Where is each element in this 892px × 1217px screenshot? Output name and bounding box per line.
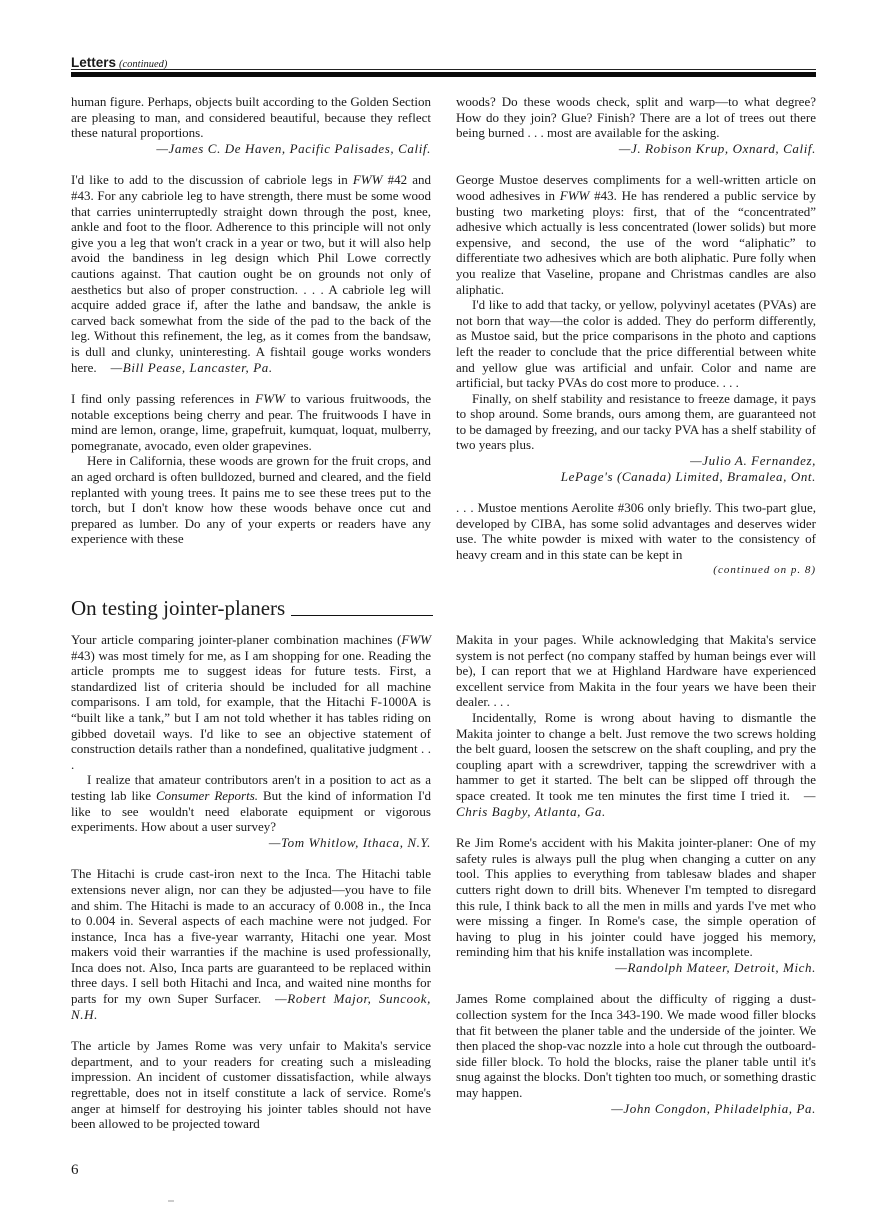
letter-paragraph: Your article comparing jointer-planer co… xyxy=(71,632,431,772)
letter-paragraph: Finally, on shelf stability and resistan… xyxy=(456,391,816,453)
letter-paragraph: Re Jim Rome's accident with his Makita j… xyxy=(456,835,816,960)
publication-name: Consumer Reports. xyxy=(156,788,258,803)
letter-paragraph: The article by James Rome was very unfai… xyxy=(71,1038,431,1132)
letter-signature: —Julio A. Fernandez, xyxy=(456,453,816,469)
letter-krup-part1: I find only passing references in FWW to… xyxy=(71,391,431,547)
letter-signature: —Tom Whitlow, Ithaca, N.Y. xyxy=(71,835,431,851)
letter-signature: —Randolph Mateer, Detroit, Mich. xyxy=(456,960,816,976)
letter-major: The Hitachi is crude cast-iron next to t… xyxy=(71,866,431,1022)
magazine-abbrev: FWW xyxy=(560,188,590,203)
continued-notice: (continued on p. 8) xyxy=(456,563,816,579)
letter-signature: —Bill Pease, Lancaster, Pa. xyxy=(111,360,273,375)
magazine-abbrev: FWW xyxy=(401,632,431,647)
magazine-abbrev: FWW xyxy=(353,172,383,187)
letter-fernandez: George Mustoe deserves compliments for a… xyxy=(456,172,816,484)
text-run: The Hitachi is crude cast-iron next to t… xyxy=(71,866,431,1006)
section-title: On testing jointer-planers xyxy=(71,596,285,620)
letter-pease: I'd like to add to the discussion of cab… xyxy=(71,172,431,375)
column-bottom-right: Makita in your pages. While acknowledgin… xyxy=(456,632,816,1132)
header-rule-thick xyxy=(71,72,816,77)
letter-signature: —J. Robison Krup, Oxnard, Calif. xyxy=(456,141,816,157)
letter-paragraph: I realize that amateur contributors aren… xyxy=(71,772,431,834)
letter-paragraph: human figure. Perhaps, objects built acc… xyxy=(71,94,431,141)
text-run: I find only passing references in xyxy=(71,391,255,406)
letter-paragraph: I'd like to add that tacky, or yellow, p… xyxy=(456,297,816,391)
letter-de-haven: human figure. Perhaps, objects built acc… xyxy=(71,94,431,156)
magazine-abbrev: FWW xyxy=(255,391,285,406)
letter-paragraph: Here in California, these woods are grow… xyxy=(71,453,431,547)
letter-aerolite: . . . Mustoe mentions Aerolite #306 only… xyxy=(456,500,816,578)
letter-paragraph: James Rome complained about the difficul… xyxy=(456,991,816,1100)
letter-bagby-part2: Makita in your pages. While acknowledgin… xyxy=(456,632,816,819)
letter-paragraph: I'd like to add to the discussion of cab… xyxy=(71,172,431,375)
header-rule-thin xyxy=(71,69,816,70)
letter-mateer: Re Jim Rome's accident with his Makita j… xyxy=(456,835,816,975)
letter-paragraph: Makita in your pages. While acknowledgin… xyxy=(456,632,816,710)
header-title: Letters xyxy=(71,55,116,70)
letter-bagby-part1: The article by James Rome was very unfai… xyxy=(71,1038,431,1132)
text-run: Your article comparing jointer-planer co… xyxy=(71,632,401,647)
text-run: I'd like to add to the discussion of cab… xyxy=(71,172,353,187)
letter-paragraph: woods? Do these woods check, split and w… xyxy=(456,94,816,141)
column-top-right: woods? Do these woods check, split and w… xyxy=(456,94,816,594)
letter-congdon: James Rome complained about the difficul… xyxy=(456,991,816,1116)
letter-signature: —John Congdon, Philadelphia, Pa. xyxy=(456,1101,816,1117)
letter-whitlow: Your article comparing jointer-planer co… xyxy=(71,632,431,850)
letter-paragraph: Incidentally, Rome is wrong about having… xyxy=(456,710,816,819)
section-heading: On testing jointer-planers xyxy=(71,596,433,620)
letter-paragraph: George Mustoe deserves compliments for a… xyxy=(456,172,816,297)
letter-paragraph: I find only passing references in FWW to… xyxy=(71,391,431,453)
column-bottom-left: Your article comparing jointer-planer co… xyxy=(71,632,431,1148)
letter-signature-affiliation: LePage's (Canada) Limited, Bramalea, Ont… xyxy=(456,469,816,485)
letter-signature: —James C. De Haven, Pacific Palisades, C… xyxy=(71,141,431,157)
letter-paragraph: . . . Mustoe mentions Aerolite #306 only… xyxy=(456,500,816,562)
scan-artifact xyxy=(168,1200,174,1202)
letter-krup-part2: woods? Do these woods check, split and w… xyxy=(456,94,816,156)
text-run: #43) was most timely for me, as I am sho… xyxy=(71,648,431,772)
letter-paragraph: The Hitachi is crude cast-iron next to t… xyxy=(71,866,431,1022)
text-run: #42 and #43. For any cabriole leg to hav… xyxy=(71,172,431,374)
section-rule xyxy=(291,615,433,616)
page-number: 6 xyxy=(71,1162,79,1179)
text-run: Incidentally, Rome is wrong about having… xyxy=(456,710,816,803)
text-run: #43. He has rendered a public service by… xyxy=(456,188,816,297)
column-top-left: human figure. Perhaps, objects built acc… xyxy=(71,94,431,563)
